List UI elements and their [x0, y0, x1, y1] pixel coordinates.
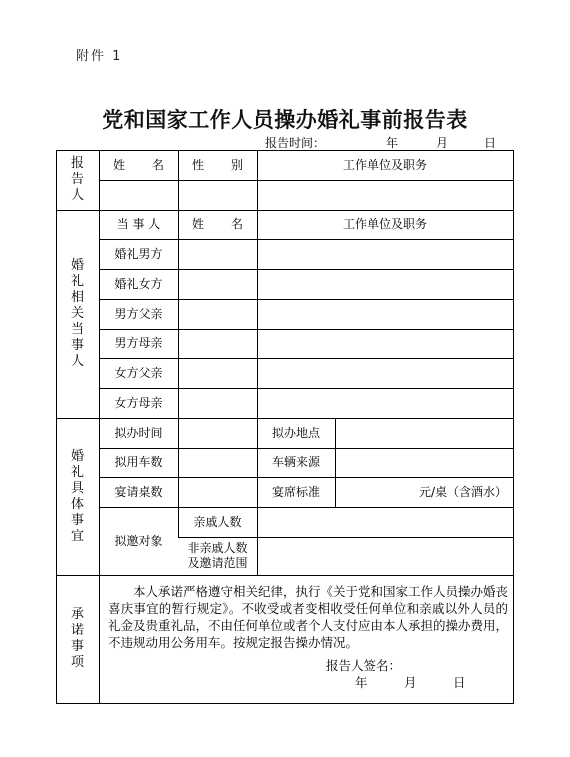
car-source-label: 车辆来源 — [257, 448, 335, 477]
table-count-label: 宴请桌数 — [99, 477, 178, 507]
label-char: 项 — [71, 655, 84, 671]
groom-workplace-field[interactable] — [257, 239, 513, 269]
label-char: 告 — [71, 172, 84, 188]
label-char: 宜 — [71, 529, 84, 545]
planned-time-field[interactable] — [178, 418, 257, 448]
signature-month-label: 月 — [404, 673, 417, 691]
commitment-text-block: 本人承诺严格遵守相关纪律，执行《关于党和国家工作人员操办婚丧喜庆事宜的暂行规定》… — [108, 583, 508, 651]
car-count-label: 拟用车数 — [99, 448, 178, 477]
bride-father-workplace-field[interactable] — [257, 358, 513, 388]
party-role-groom-mother: 男方母亲 — [99, 329, 178, 358]
banquet-standard-label: 宴席标准 — [257, 477, 335, 507]
label-char: 人 — [71, 188, 84, 204]
report-month-label: 月 — [436, 134, 448, 151]
groom-mother-workplace-field[interactable] — [257, 329, 513, 358]
reporter-section-label: 报 告 人 — [56, 150, 99, 210]
report-time-label: 报告时间： — [265, 134, 325, 151]
groom-mother-name-field[interactable] — [178, 329, 257, 358]
party-role-header: 当 事 人 — [99, 210, 178, 239]
label-char: 当 — [71, 322, 84, 338]
party-workplace-header: 工作单位及职务 — [257, 210, 513, 239]
header-char: 名 — [152, 158, 164, 173]
label-char: 事 — [71, 513, 84, 529]
header-char: 性 — [192, 158, 204, 173]
relatives-count-label: 亲戚人数 — [178, 507, 257, 537]
party-role-bride-father: 女方父亲 — [99, 358, 178, 388]
planned-place-label: 拟办地点 — [257, 418, 335, 448]
label-line: 及邀请范围 — [187, 556, 247, 571]
label-char: 事 — [71, 338, 84, 354]
bride-mother-name-field[interactable] — [178, 388, 257, 418]
label-char: 婚 — [71, 449, 84, 465]
page-title: 党和国家工作人员操办婚礼事前报告表 — [0, 104, 570, 134]
banquet-standard-unit: 元/桌（含酒水） — [419, 485, 507, 500]
party-role-bride: 婚礼女方 — [99, 269, 178, 299]
reporter-gender-field[interactable] — [178, 180, 257, 210]
reporter-workplace-header: 工作单位及职务 — [257, 150, 513, 180]
label-char: 关 — [71, 306, 84, 322]
non-relatives-label: 非亲戚人数 及邀请范围 — [178, 537, 257, 575]
car-source-field[interactable] — [335, 448, 513, 477]
label-char: 婚 — [71, 258, 84, 274]
relatives-count-field[interactable] — [257, 507, 513, 537]
party-role-groom-father: 男方父亲 — [99, 299, 178, 329]
report-year-label: 年 — [386, 134, 398, 151]
label-char: 报 — [71, 156, 84, 172]
car-count-field[interactable] — [178, 448, 257, 477]
header-char: 姓 — [113, 158, 125, 173]
signature-day-label: 日 — [453, 673, 466, 691]
planned-place-field[interactable] — [335, 418, 513, 448]
commitment-section-label: 承 诺 事 项 — [56, 575, 99, 703]
reporter-name-header: 姓 名 — [99, 150, 178, 180]
groom-father-name-field[interactable] — [178, 299, 257, 329]
reporter-workplace-field[interactable] — [257, 180, 513, 210]
attachment-label: 附件 1 — [76, 45, 122, 64]
table-count-field[interactable] — [178, 477, 257, 507]
table-border-bottom — [56, 703, 514, 704]
reporter-gender-header: 性 别 — [178, 150, 257, 180]
non-relatives-field[interactable] — [257, 537, 513, 575]
groom-father-workplace-field[interactable] — [257, 299, 513, 329]
bride-name-field[interactable] — [178, 269, 257, 299]
commitment-text: 本人承诺严格遵守相关纪律，执行《关于党和国家工作人员操办婚丧喜庆事宜的暂行规定》… — [108, 583, 508, 651]
header-char: 别 — [231, 158, 243, 173]
parties-section-label: 婚 礼 相 关 当 事 人 — [56, 210, 99, 418]
banquet-standard-field[interactable]: 元/桌（含酒水） — [335, 477, 513, 507]
planned-time-label: 拟办时间 — [99, 418, 178, 448]
label-char: 事 — [71, 639, 84, 655]
report-day-label: 日 — [484, 134, 496, 151]
signature-year-label: 年 — [355, 673, 368, 691]
label-char: 体 — [71, 497, 84, 513]
header-char: 名 — [231, 217, 243, 232]
bride-father-name-field[interactable] — [178, 358, 257, 388]
label-char: 礼 — [71, 274, 84, 290]
party-role-bride-mother: 女方母亲 — [99, 388, 178, 418]
details-section-label: 婚 礼 具 体 事 宜 — [56, 418, 99, 575]
party-name-header: 姓 名 — [178, 210, 257, 239]
reporter-name-field[interactable] — [99, 180, 178, 210]
label-char: 礼 — [71, 465, 84, 481]
divider — [99, 575, 100, 704]
groom-name-field[interactable] — [178, 239, 257, 269]
invitees-label: 拟邀对象 — [99, 507, 178, 575]
label-line: 非亲戚人数 — [187, 541, 247, 556]
bride-mother-workplace-field[interactable] — [257, 388, 513, 418]
divider — [56, 575, 514, 576]
label-char: 人 — [71, 354, 84, 370]
table-border-right — [513, 150, 514, 704]
label-char: 具 — [71, 481, 84, 497]
label-char: 承 — [71, 607, 84, 623]
header-char: 姓 — [192, 217, 204, 232]
party-role-groom: 婚礼男方 — [99, 239, 178, 269]
signature-label: 报告人签名： — [326, 656, 401, 674]
label-char: 诺 — [71, 623, 84, 639]
label-char: 相 — [71, 290, 84, 306]
bride-workplace-field[interactable] — [257, 269, 513, 299]
